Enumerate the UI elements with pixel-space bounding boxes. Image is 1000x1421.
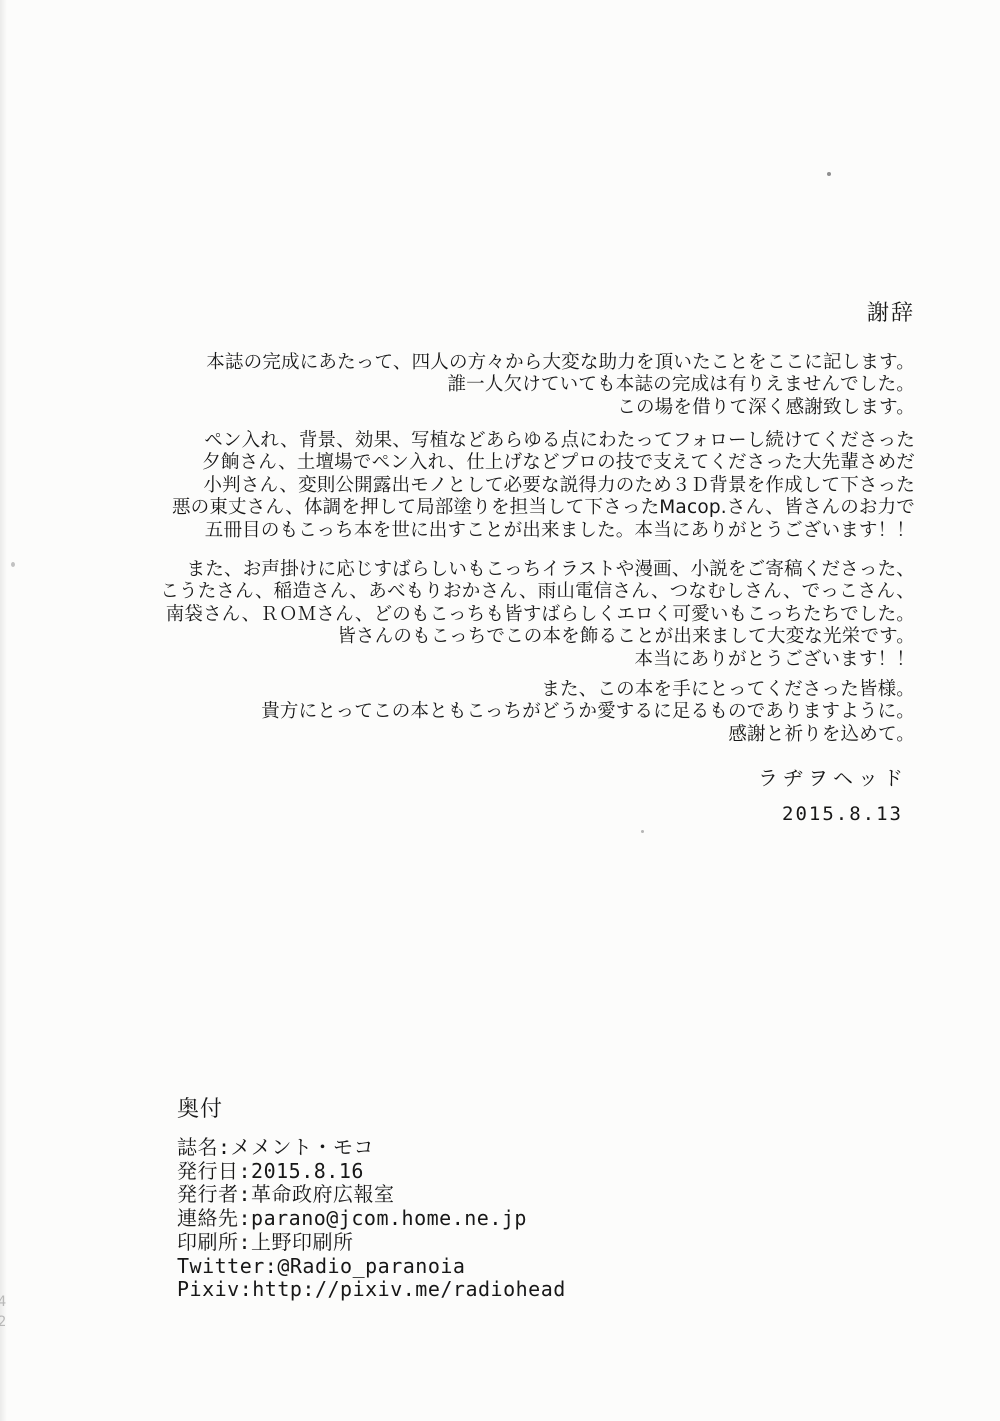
entry-separator: : bbox=[239, 1230, 252, 1254]
acknowledgment-paragraph-1: 本誌の完成にあたって、四人の方々から大変な助力を頂いたことをここに記します。 誰… bbox=[128, 352, 915, 419]
entry-label: Twitter bbox=[177, 1254, 265, 1278]
text-line: 本当にありがとうございます！！ bbox=[128, 649, 915, 671]
colophon-entry-contact: 連絡先:parano@jcom.home.ne.jp bbox=[177, 1207, 566, 1231]
entry-value: parano@jcom.home.ne.jp bbox=[251, 1206, 527, 1230]
text-line: 五冊目のもこっち本を世に出すことが出来ました。本当にありがとうございます！！ bbox=[128, 520, 915, 542]
entry-label: 印刷所 bbox=[177, 1230, 239, 1254]
text-line: 感謝と祈りを込めて。 bbox=[128, 724, 915, 746]
acknowledgment-paragraph-2: ペン入れ、背景、効果、写植などあらゆる点にわたってフォローし続けてくださった 夕… bbox=[128, 430, 915, 542]
entry-label: 発行日 bbox=[177, 1159, 239, 1183]
text-line: 南袋さん、ＲＯＭさん、どのもこっちも皆すばらしくエロく可愛いもこっちたちでした。 bbox=[128, 604, 915, 626]
colophon-entry-twitter: Twitter:@Radio_paranoia bbox=[177, 1255, 566, 1279]
colophon-entry-publisher: 発行者:革命政府広報室 bbox=[177, 1183, 566, 1207]
entry-label: 誌名 bbox=[177, 1135, 218, 1159]
text-line: また、お声掛けに応じすばらしいもこっちイラストや漫画、小説をご寄稿くださった、 bbox=[128, 559, 915, 581]
text-line: 誰一人欠けていても本誌の完成は有りえませんでした。 bbox=[128, 374, 915, 396]
entry-value: メメント・モコ bbox=[231, 1135, 375, 1159]
entry-separator: : bbox=[239, 1182, 252, 1206]
scan-speck bbox=[827, 172, 831, 176]
text-line: 本誌の完成にあたって、四人の方々から大変な助力を頂いたことをここに記します。 bbox=[128, 352, 915, 374]
colophon-entry-publish-date: 発行日:2015.8.16 bbox=[177, 1160, 566, 1184]
colophon-entry-title: 誌名:メメント・モコ bbox=[177, 1136, 566, 1160]
entry-separator: : bbox=[239, 1206, 252, 1230]
entry-separator: : bbox=[218, 1135, 231, 1159]
entry-label: 連絡先 bbox=[177, 1206, 239, 1230]
acknowledgment-paragraph-3: また、お声掛けに応じすばらしいもこっちイラストや漫画、小説をご寄稿くださった、 … bbox=[128, 559, 915, 671]
text-line: 悪の東丈さん、体調を押して局部塗りを担当して下さったMacop.さん、皆さんのお… bbox=[128, 497, 915, 519]
entry-label: 発行者 bbox=[177, 1182, 239, 1206]
entry-separator: : bbox=[240, 1277, 253, 1301]
entry-value: 革命政府広報室 bbox=[251, 1182, 395, 1206]
scan-speck bbox=[641, 830, 644, 833]
author-signature: ラヂヲヘッド bbox=[128, 762, 908, 791]
colophon-entry-pixiv: Pixiv:http://pixiv.me/radiohead bbox=[177, 1278, 566, 1302]
colophon-list: 誌名:メメント・モコ 発行日:2015.8.16 発行者:革命政府広報室 連絡先… bbox=[177, 1136, 566, 1302]
scan-speck bbox=[11, 562, 15, 567]
text-line: ペン入れ、背景、効果、写植などあらゆる点にわたってフォローし続けてくださった bbox=[128, 430, 915, 452]
entry-value: 上野印刷所 bbox=[251, 1230, 354, 1254]
scanned-afterword-page: 42 謝辞 本誌の完成にあたって、四人の方々から大変な助力を頂いたことをここに記… bbox=[0, 0, 1000, 1421]
entry-label: Pixiv bbox=[177, 1277, 240, 1301]
text-line: こうたさん、稲造さん、あべもりおかさん、雨山電信さん、つなむしさん、でっこさん、 bbox=[128, 581, 915, 603]
entry-value: @Radio_paranoia bbox=[277, 1254, 465, 1278]
afterword-date: 2015.8.13 bbox=[128, 803, 903, 825]
text-line: 皆さんのもこっちでこの本を飾ることが出来まして大変な光栄です。 bbox=[128, 626, 915, 648]
text-line: この場を借りて深く感謝致します。 bbox=[128, 397, 915, 419]
text-line: 貴方にとってこの本ともこっちがどうか愛するに足るものでありますように。 bbox=[128, 701, 915, 723]
acknowledgment-paragraph-4: また、この本を手にとってくださった皆様。 貴方にとってこの本ともこっちがどうか愛… bbox=[128, 679, 915, 746]
text-line: 夕餉さん、土壇場でペン入れ、仕上げなどプロの技で支えてくださった大先輩さめだ bbox=[128, 452, 915, 474]
acknowledgment-title: 謝辞 bbox=[128, 296, 915, 327]
text-line: また、この本を手にとってくださった皆様。 bbox=[128, 679, 915, 701]
entry-value: http://pixiv.me/radiohead bbox=[252, 1277, 566, 1301]
colophon-entry-printer: 印刷所:上野印刷所 bbox=[177, 1231, 566, 1255]
entry-separator: : bbox=[265, 1254, 278, 1278]
entry-separator: : bbox=[239, 1159, 252, 1183]
entry-value: 2015.8.16 bbox=[251, 1159, 364, 1183]
text-line: 小判さん、変則公開露出モノとして必要な説得力のため３Ｄ背景を作成して下さった bbox=[128, 475, 915, 497]
page-left-edge-shadow bbox=[0, 0, 7, 1421]
page-number-fragment: 42 bbox=[0, 1294, 10, 1334]
colophon-title: 奥付 bbox=[177, 1092, 223, 1123]
